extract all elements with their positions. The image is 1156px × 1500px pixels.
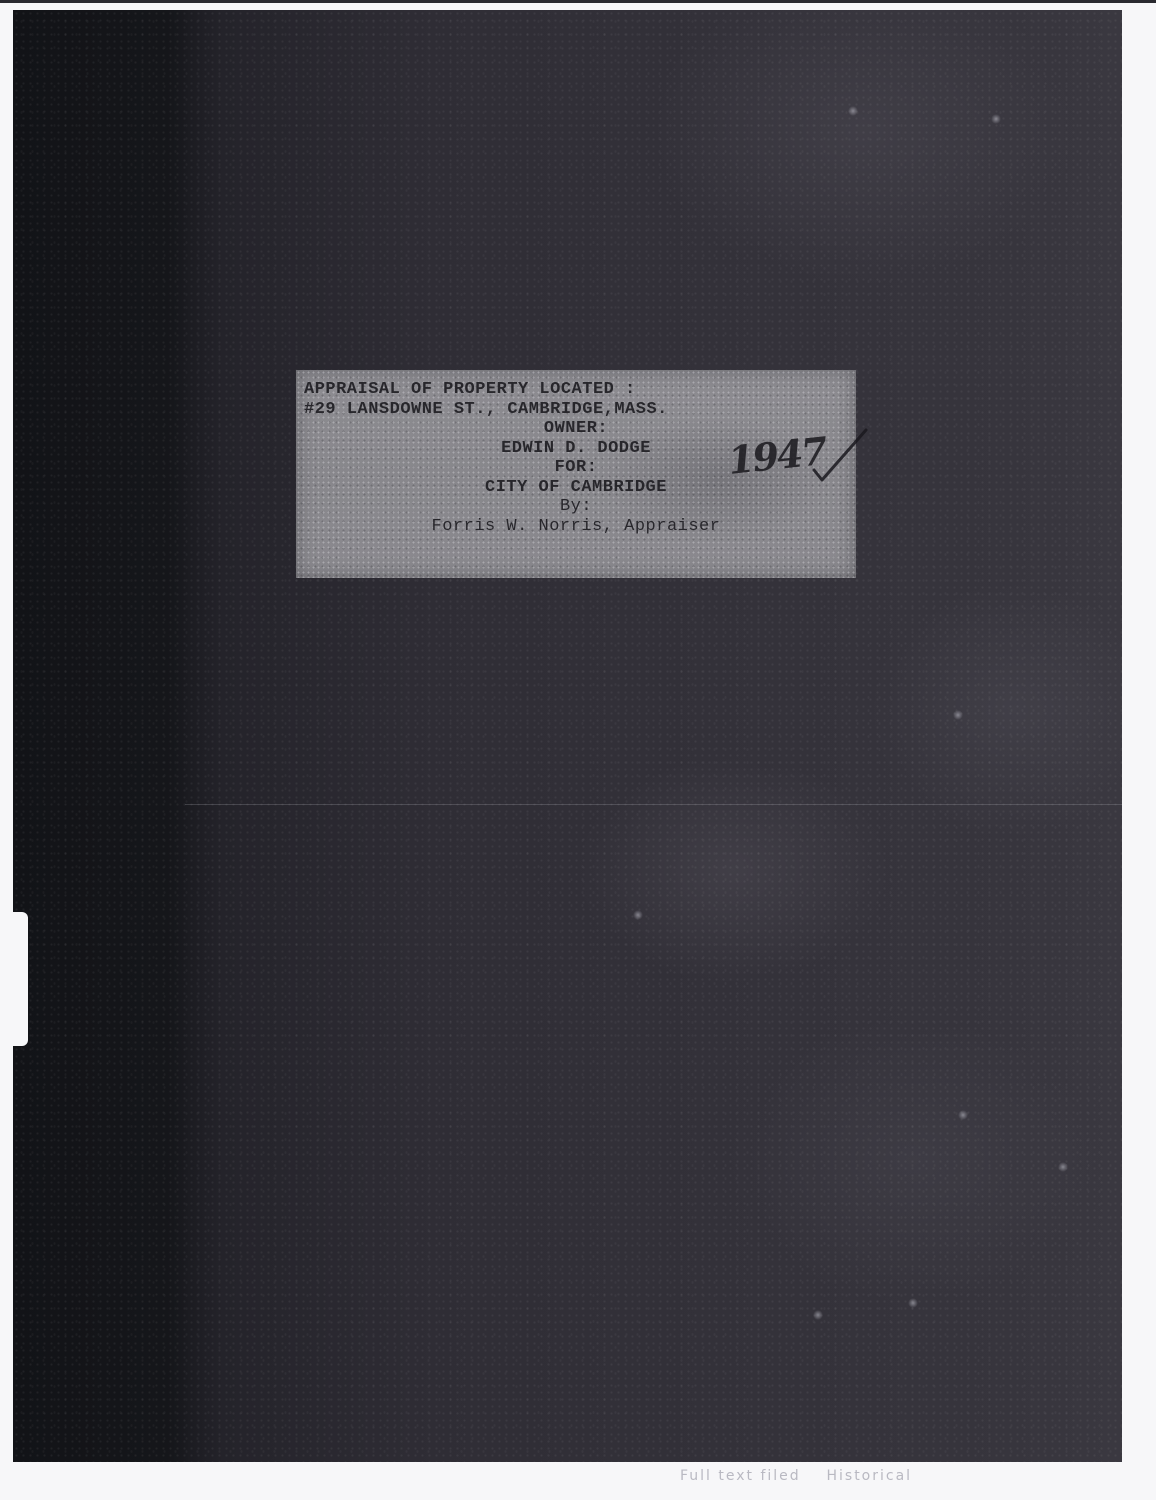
- label-client: CITY OF CAMBRIDGE: [296, 478, 856, 498]
- document-cover: [13, 10, 1122, 1462]
- cover-binding-strip: [13, 10, 188, 1462]
- scan-speck: [908, 1298, 918, 1308]
- scan-top-edge: [0, 0, 1156, 3]
- check-mark-icon: [808, 426, 868, 486]
- scan-speck: [633, 910, 643, 920]
- scanned-page: APPRAISAL OF PROPERTY LOCATED : #29 LANS…: [0, 0, 1156, 1500]
- binder-tab-cutout: [0, 912, 28, 1046]
- scan-speck: [1058, 1162, 1068, 1172]
- scan-speck: [813, 1310, 823, 1320]
- scan-artifact-line: [185, 804, 1122, 805]
- label-title: APPRAISAL OF PROPERTY LOCATED :: [296, 380, 856, 400]
- scan-speck: [848, 106, 858, 116]
- label-by-heading: By:: [296, 497, 856, 517]
- scan-speck: [991, 114, 1001, 124]
- label-address: #29 LANSDOWNE ST., CAMBRIDGE,MASS.: [296, 400, 856, 420]
- scan-speck: [958, 1110, 968, 1120]
- label-appraiser: Forris W. Norris, Appraiser: [296, 517, 856, 537]
- handwritten-footer-note: Full text filed Historical: [680, 1468, 912, 1484]
- cover-label: APPRAISAL OF PROPERTY LOCATED : #29 LANS…: [296, 370, 856, 578]
- scan-speck: [953, 710, 963, 720]
